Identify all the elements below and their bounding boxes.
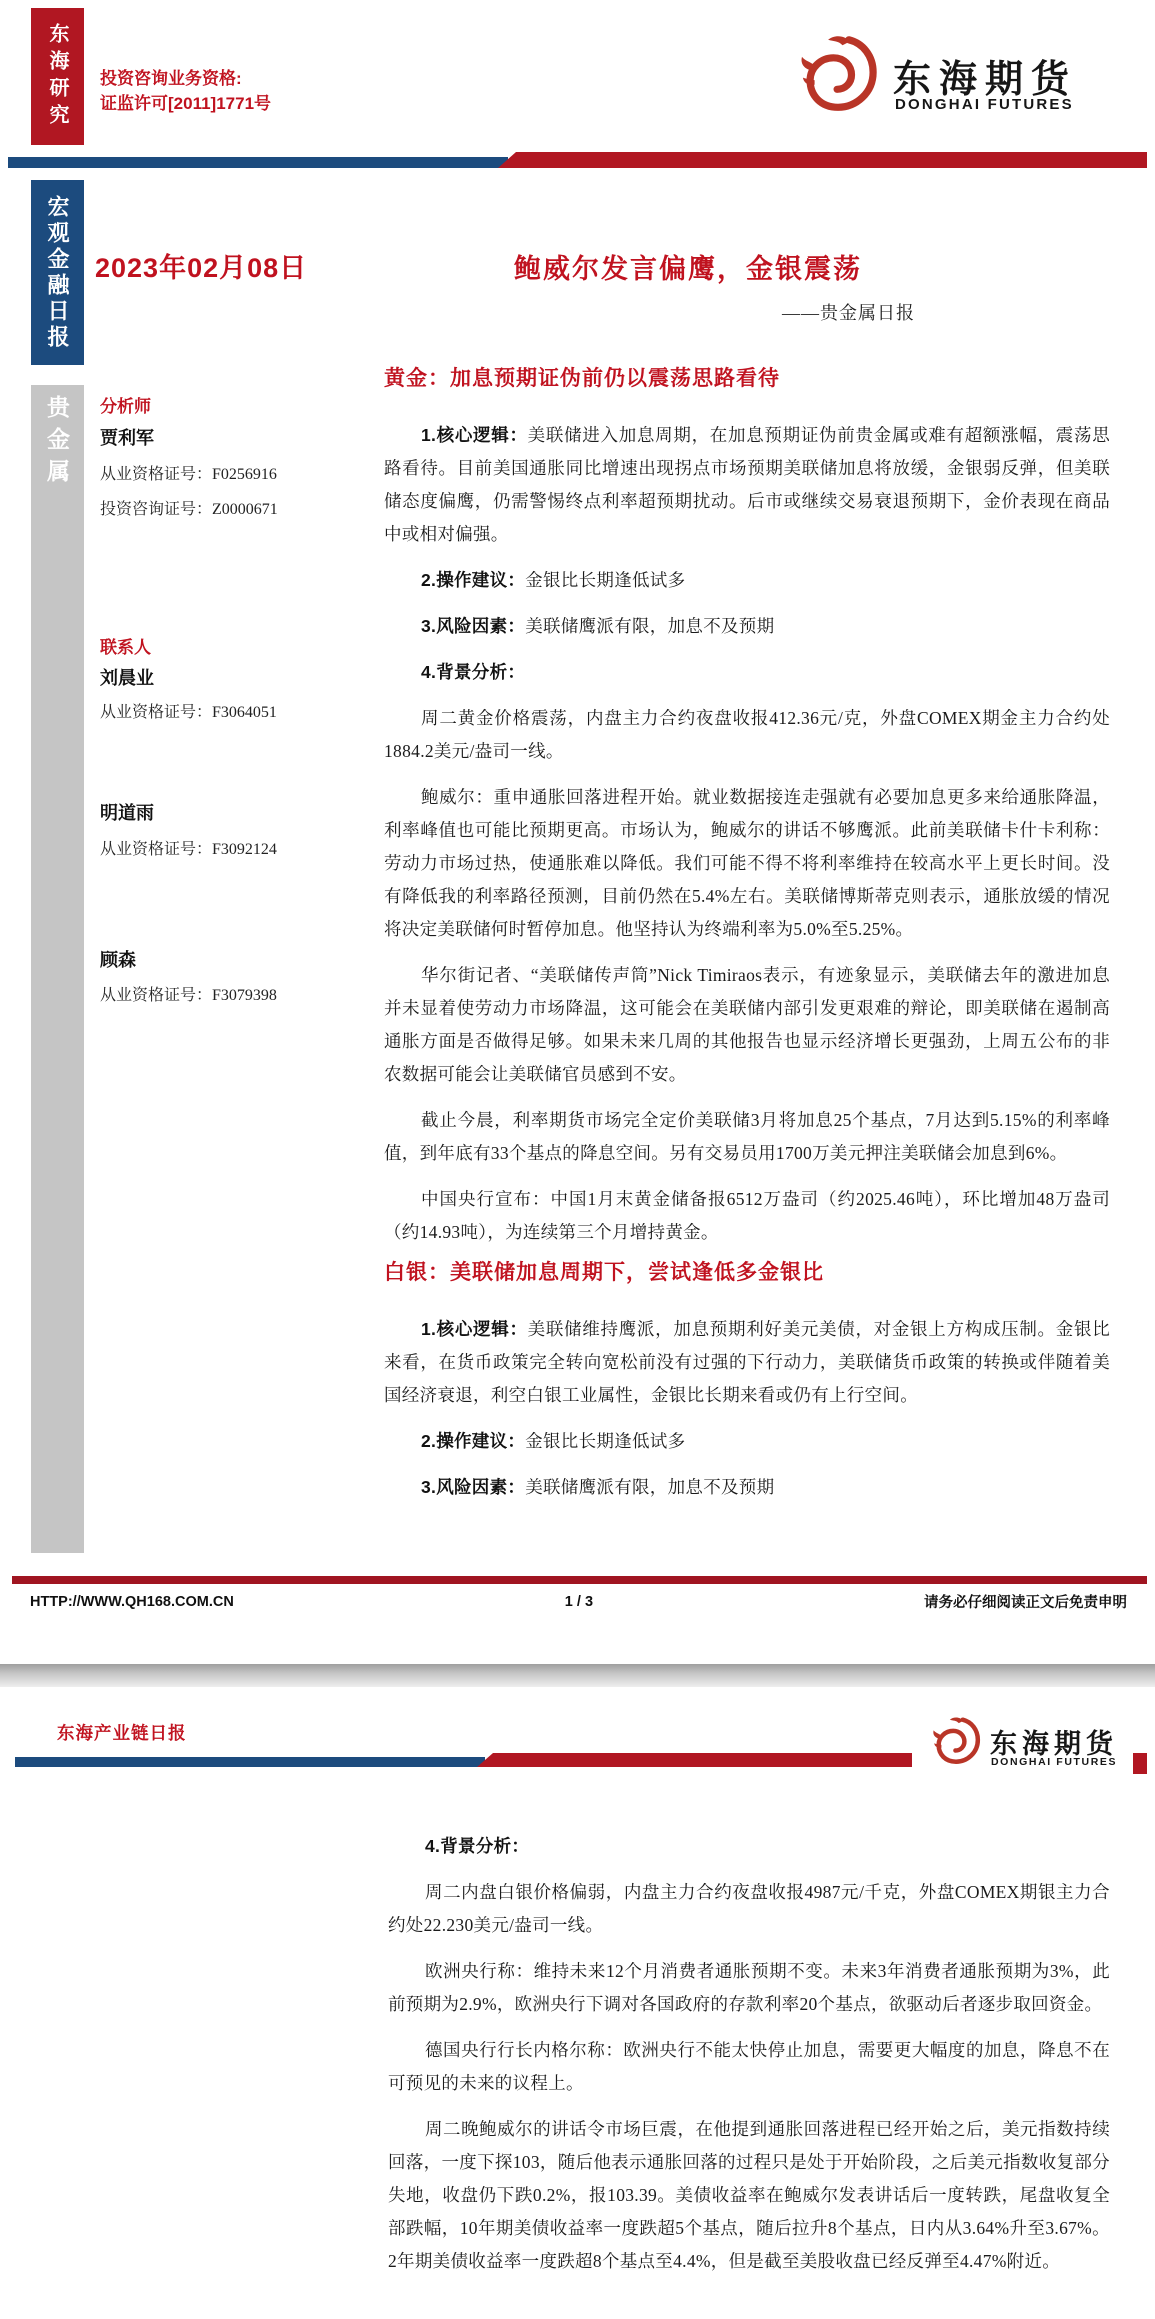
page2-paragraph: 欧洲央行称：维持未来12个月消费者通胀预期不变。未来3年消费者通胀预期为3%，此… xyxy=(388,1955,1110,2021)
gold-background-paragraph: 鲍威尔：重申通胀回落进程开始。就业数据接连走强就有必要加息更多来给通胀降温，利率… xyxy=(384,781,1110,946)
contact-name: 明道雨 xyxy=(100,799,154,825)
gold-background-paragraph: 华尔街记者、“美联储传声筒”Nick Timiraos表示，有迹象显示，美联储去… xyxy=(384,959,1110,1091)
gold-advice-label: 2.操作建议： xyxy=(421,570,525,590)
page2-body: 4.背景分析： 周二内盘白银价格偏弱，内盘主力合约夜盘收报4987元/千克，外盘… xyxy=(388,1830,1110,2291)
divider-blue-segment xyxy=(15,1757,485,1767)
silver-risk-text: 美联储鹰派有限，加息不及预期 xyxy=(525,1477,774,1497)
footer-page-number: 1 / 3 xyxy=(565,1594,593,1610)
contact-name: 刘晨业 xyxy=(100,664,154,690)
page2-paragraph: 周二内盘白银价格偏弱，内盘主力合约夜盘收报4987元/千克，外盘COMEX期银主… xyxy=(388,1876,1110,1942)
logo-en-text: DONGHAI FUTURES xyxy=(895,96,1074,113)
footer-disclaimer: 请务必仔细阅读正文后免责申明 xyxy=(924,1591,1127,1612)
report-subtitle: ——贵金属日报 xyxy=(384,299,915,325)
contact-cert: 从业资格证号：F3079398 xyxy=(100,982,277,1005)
gold-background-paragraph: 截止今晨，利率期货市场完全定价美联储3月将加息25个基点，7月达到5.15%的利… xyxy=(384,1104,1110,1170)
page2-header-title: 东海产业链日报 xyxy=(57,1720,187,1745)
analyst-cert-1: 从业资格证号：F0256916 xyxy=(100,461,277,484)
gold-background-paragraph: 周二黄金价格震荡，内盘主力合约夜盘收报412.36元/克，外盘COMEX期金主力… xyxy=(384,702,1110,768)
silver-risk: 3.风险因素：美联储鹰派有限，加息不及预期 xyxy=(384,1471,1110,1504)
page2-paragraph: 周二晚鲍威尔的讲话令市场巨震，在他提到通胀回落进程已经开始之后，美元指数持续回落… xyxy=(388,2113,1110,2278)
logo-cn-text: 东海期货 xyxy=(893,48,1077,103)
silver-core-logic-label: 1.核心逻辑： xyxy=(421,1319,528,1339)
report-title: 鲍威尔发言偏鹰，金银震荡 xyxy=(330,247,1046,286)
silver-core-logic: 1.核心逻辑：美联储维持鹰派，加息预期利好美元美债，对金银上方构成压制。金银比来… xyxy=(384,1313,1110,1412)
credentials: 投资咨询业务资格: 证监许可[2011]1771号 xyxy=(100,66,271,116)
gold-background-label-line: 4.背景分析： xyxy=(384,656,1110,689)
footer: HTTP://WWW.QH168.COM.CN 1 / 3 请务必仔细阅读正文后… xyxy=(30,1591,1127,1612)
subcategory-box-label: 贵金属 xyxy=(41,385,74,491)
logo-en-text: DONGHAI FUTURES xyxy=(991,1756,1117,1768)
credential-line2: 证监许可[2011]1771号 xyxy=(100,91,271,116)
silver-section-heading: 白银：美联储加息周期下，尝试逢低多金银比 xyxy=(384,1256,1110,1286)
credential-line1: 投资咨询业务资格: xyxy=(100,66,271,91)
brand-box: 东海研究 xyxy=(31,8,84,145)
contact-cert: 从业资格证号：F3092124 xyxy=(100,836,277,859)
analyst-label: 分析师 xyxy=(100,392,151,417)
page-separator xyxy=(0,1664,1155,1687)
page2-background-label-line: 4.背景分析： xyxy=(388,1830,1110,1863)
contacts-label: 联系人 xyxy=(100,633,151,658)
donghai-dragon-logo-icon xyxy=(928,1712,984,1770)
subcategory-box: 贵金属 xyxy=(31,385,84,1553)
footer-bar xyxy=(12,1576,1147,1584)
gold-section: 黄金：加息预期证伪前仍以震荡思路看待 1.核心逻辑：美联储进入加息周期，在加息预… xyxy=(384,362,1110,1262)
silver-risk-label: 3.风险因素： xyxy=(421,1477,525,1497)
silver-advice-text: 金银比长期逢低试多 xyxy=(525,1431,685,1451)
report-date: 2023年02月08日 xyxy=(95,246,307,285)
gold-background-paragraph: 中国央行宣布：中国1月末黄金储备报6512万盎司（约2025.46吨），环比增加… xyxy=(384,1183,1110,1249)
gold-core-logic: 1.核心逻辑：美联储进入加息周期，在加息预期证伪前贵金属或难有超额涨幅，震荡思路… xyxy=(384,419,1110,551)
divider-red-endcap xyxy=(1133,1753,1147,1774)
silver-section: 白银：美联储加息周期下，尝试逢低多金银比 1.核心逻辑：美联储维持鹰派，加息预期… xyxy=(384,1256,1110,1517)
analyst-name: 贾利军 xyxy=(100,424,154,450)
contact-name: 顾森 xyxy=(100,946,136,972)
category-box: 宏观金融日报 xyxy=(31,180,84,365)
gold-risk-label: 3.风险因素： xyxy=(421,616,525,636)
divider-red-segment xyxy=(498,152,1147,168)
gold-advice: 2.操作建议：金银比长期逢低试多 xyxy=(384,564,1110,597)
footer-url: HTTP://WWW.QH168.COM.CN xyxy=(30,1594,234,1610)
gold-advice-text: 金银比长期逢低试多 xyxy=(525,570,685,590)
silver-advice: 2.操作建议：金银比长期逢低试多 xyxy=(384,1425,1110,1458)
gold-risk-text: 美联储鹰派有限，加息不及预期 xyxy=(525,616,774,636)
gold-core-logic-label: 1.核心逻辑： xyxy=(421,425,528,445)
page2-paragraph: 德国央行行长内格尔称：欧洲央行不能太快停止加息，需要更大幅度的加息，降息不在可预… xyxy=(388,2034,1110,2100)
report-page: 东海研究 投资咨询业务资格: 证监许可[2011]1771号 东海期货 DONG… xyxy=(0,0,1155,2319)
gold-risk: 3.风险因素：美联储鹰派有限，加息不及预期 xyxy=(384,610,1110,643)
brand-box-label: 东海研究 xyxy=(43,23,72,131)
divider-blue-segment xyxy=(8,157,508,168)
gold-section-heading: 黄金：加息预期证伪前仍以震荡思路看待 xyxy=(384,362,1110,392)
category-box-label: 宏观金融日报 xyxy=(42,195,73,351)
divider-red-segment xyxy=(477,1753,912,1767)
silver-advice-label: 2.操作建议： xyxy=(421,1431,525,1451)
header-divider xyxy=(8,150,1147,168)
analyst-cert-2: 投资咨询证号：Z0000671 xyxy=(100,496,278,519)
donghai-dragon-logo-icon xyxy=(793,28,883,120)
contact-cert: 从业资格证号：F3064051 xyxy=(100,699,277,722)
